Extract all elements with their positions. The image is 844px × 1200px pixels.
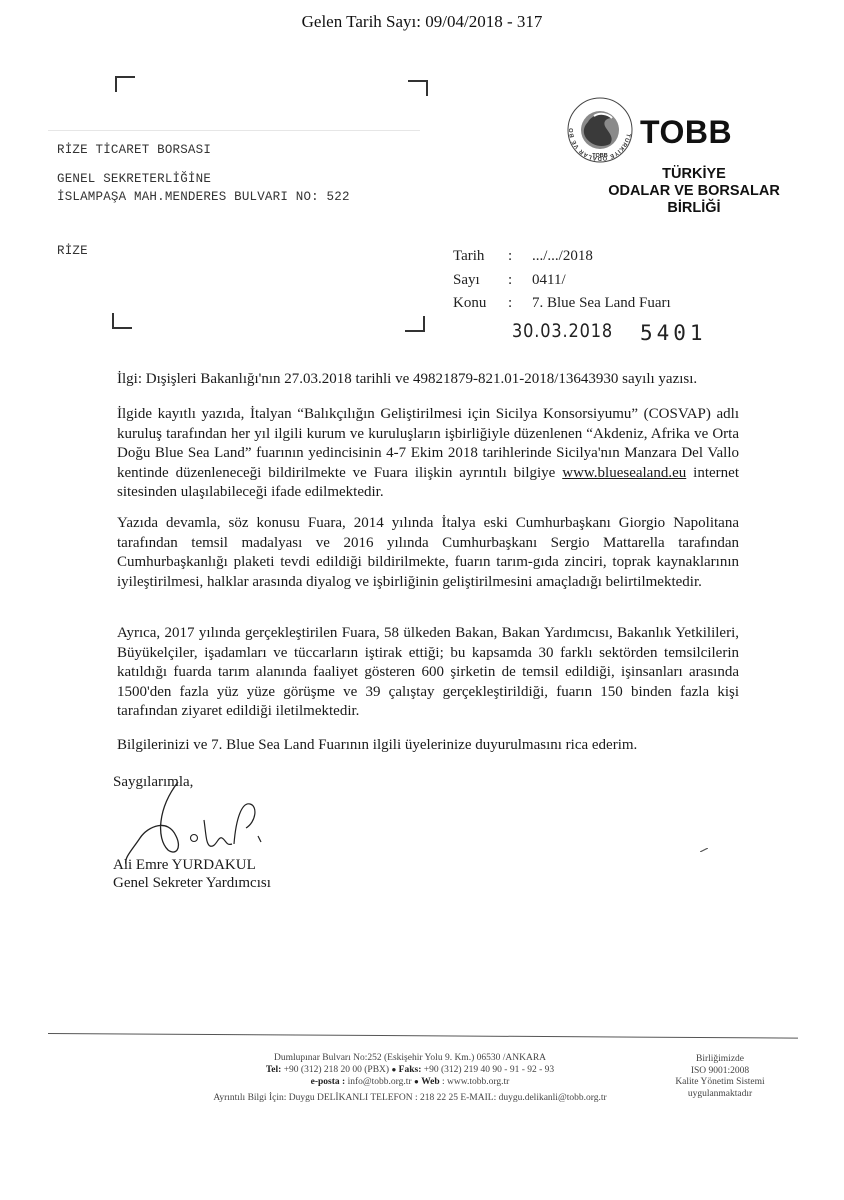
iso-line-4: uygulanmaktadır [640, 1089, 800, 1101]
date-label: Tarih [453, 248, 508, 265]
recipient-line-2: GENEL SEKRETERLİĞİNE [57, 172, 211, 186]
reference-line: İlgi: Dışişleri Bakanlığı'nın 27.03.2018… [117, 370, 757, 390]
iso-line-2: ISO 9001:2008 [640, 1066, 800, 1078]
signer-title: Genel Sekreter Yardımcısı [113, 875, 271, 892]
footer-contact-person: Ayrıntılı Bilgi İçin: Duygu DELİKANLI TE… [170, 1093, 650, 1103]
iso-certification-note: Birliğimizde ISO 9001:2008 Kalite Yöneti… [640, 1054, 800, 1100]
address-window-corner [405, 316, 425, 332]
sender-abbrev: TOBB [640, 114, 732, 151]
stamped-number: 5401 [640, 321, 707, 345]
paragraph-3: Ayrıca, 2017 yılında gerçekleştirilen Fu… [117, 624, 739, 722]
iso-line-1: Birliğimizde [640, 1054, 800, 1066]
org-name-line-3: BİRLİĞİ [600, 200, 788, 217]
bullet-icon: ● [414, 1077, 419, 1086]
iso-line-3: Kalite Yönetim Sistemi [640, 1077, 800, 1089]
org-name-line-2: ODALAR VE BORSALAR [600, 183, 788, 200]
footer-address-block: Dumlupınar Bulvarı No:252 (Eskişehir Yol… [170, 1052, 650, 1088]
email-label: e-posta : [311, 1077, 346, 1087]
tobb-emblem-icon: TÜRKİYE ODALAR VE BORSALAR BİRLİĞİ TOBB [566, 96, 634, 164]
tel-value: +90 (312) 218 20 00 (PBX) [284, 1065, 389, 1075]
footer-divider [48, 1033, 798, 1039]
meta-date-row: Tarih:.../.../2018 [453, 248, 593, 265]
email-value[interactable]: info@tobb.org.tr [348, 1077, 412, 1087]
paragraph-1: İlgide kayıtlı yazıda, İtalyan “Balıkçıl… [117, 405, 739, 503]
subject-value: 7. Blue Sea Land Fuarı [532, 295, 671, 311]
web-label: Web [421, 1077, 439, 1087]
org-name-line-1: TÜRKİYE [600, 166, 788, 183]
signer-name: Ali Emre YURDAKUL [113, 857, 256, 874]
meta-number-row: Sayı:0411/ [453, 272, 566, 289]
fax-value: +90 (312) 219 40 90 - 91 - 92 - 93 [424, 1065, 554, 1075]
address-window-corner [112, 313, 132, 329]
signature-icon [118, 778, 288, 868]
recipient-city: RİZE [57, 244, 88, 258]
incoming-stamp-header: Gelen Tarih Sayı: 09/04/2018 - 317 [0, 12, 844, 32]
fax-label: Faks: [399, 1065, 422, 1075]
footer-email-web: e-posta : info@tobb.org.tr ● Web : www.t… [170, 1076, 650, 1088]
paragraph-4: Bilgilerinizi ve 7. Blue Sea Land Fuarın… [117, 736, 739, 756]
bullet-icon: ● [391, 1065, 396, 1074]
tel-label: Tel: [266, 1065, 281, 1075]
tobb-logo: TÜRKİYE ODALAR VE BORSALAR BİRLİĞİ TOBB [566, 96, 634, 164]
sender-org-name: TÜRKİYE ODALAR VE BORSALAR BİRLİĞİ [600, 166, 788, 217]
website-link[interactable]: www.bluesealand.eu [562, 465, 686, 481]
separator: : [508, 248, 532, 265]
fold-line [48, 130, 420, 131]
meta-subject-row: Konu:7. Blue Sea Land Fuarı [453, 295, 671, 312]
web-value[interactable]: : www.tobb.org.tr [442, 1077, 509, 1087]
pen-mark-icon [700, 848, 708, 852]
address-window-corner [408, 80, 428, 96]
number-label: Sayı [453, 272, 508, 289]
paragraph-2: Yazıda devamla, söz konusu Fuara, 2014 y… [117, 514, 739, 592]
number-value: 0411/ [532, 272, 566, 288]
separator: : [508, 272, 532, 289]
recipient-line-3: İSLAMPAŞA MAH.MENDERES BULVARI NO: 522 [57, 190, 350, 204]
recipient-line-1: RİZE TİCARET BORSASI [57, 143, 211, 157]
footer-address: Dumlupınar Bulvarı No:252 (Eskişehir Yol… [170, 1052, 650, 1064]
subject-label: Konu [453, 295, 508, 312]
footer-phone-fax: Tel: +90 (312) 218 20 00 (PBX) ● Faks: +… [170, 1064, 650, 1076]
svg-text:TOBB: TOBB [592, 153, 608, 159]
date-value: .../.../2018 [532, 248, 593, 264]
stamped-date: 30.03.2018 [512, 320, 613, 342]
address-window-corner [115, 76, 135, 92]
separator: : [508, 295, 532, 312]
